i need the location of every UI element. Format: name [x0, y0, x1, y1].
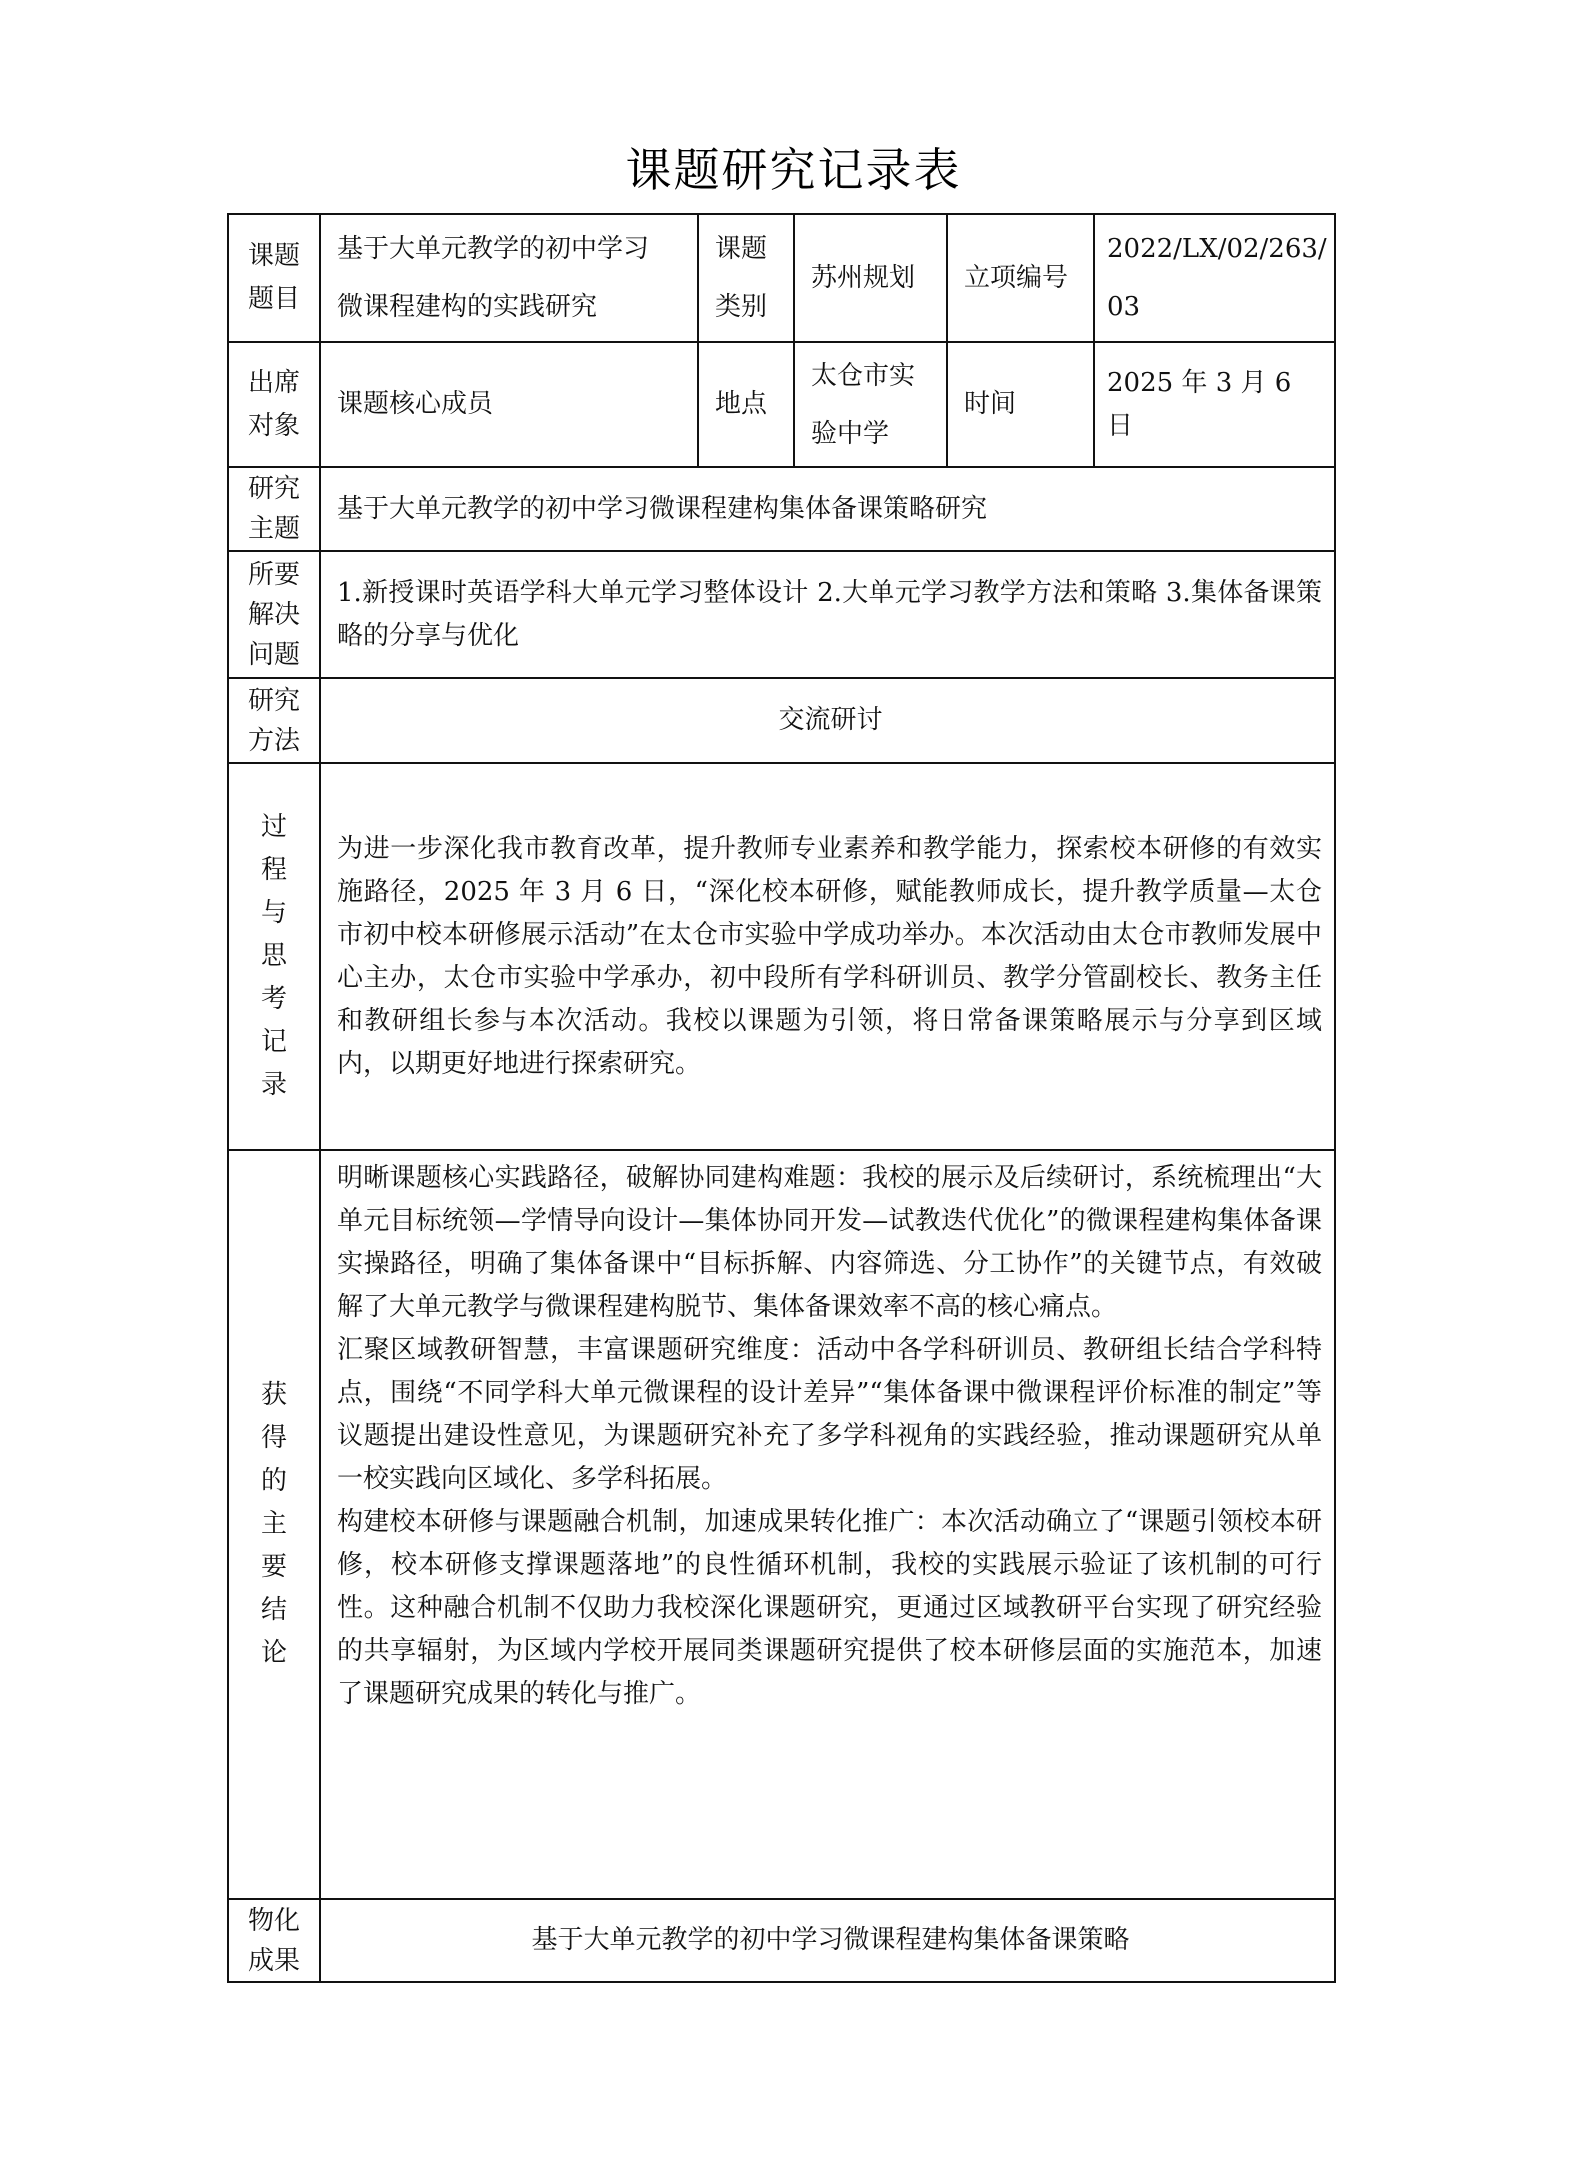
row-topic: 课题 题目 基于大单元教学的初中学习 微课程建构的实践研究 课题 类别 苏州规划… [228, 214, 1335, 342]
conclusion-paragraph-1: 明晰课题核心实践路径，破解协同建构难题：我校的展示及后续研讨，系统梳理出“大单元… [337, 1157, 1322, 1329]
conclusion-label-char: 获 [229, 1374, 319, 1417]
method-value: 交流研讨 [320, 678, 1335, 763]
problems-value: 1.新授课时英语学科大单元学习整体设计 2.大单元学习教学方法和策略 3.集体备… [320, 551, 1335, 678]
conclusion-paragraph-3: 构建校本研修与课题融合机制，加速成果转化推广：本次活动确立了“课题引领校本研修，… [337, 1501, 1322, 1716]
problems-label-line-3: 问题 [229, 635, 319, 675]
outcome-label: 物化 成果 [228, 1899, 320, 1982]
process-label: 过 程 与 思 考 记 录 [228, 763, 320, 1150]
problems-label: 所要 解决 问题 [228, 551, 320, 678]
topic-value-line-2: 微课程建构的实践研究 [337, 278, 687, 336]
attendees-label-line-1: 出席 [229, 362, 319, 405]
category-label-line-1: 课题 [715, 220, 783, 278]
conclusion-paragraph-2: 汇聚区域教研智慧，丰富课题研究维度：活动中各学科研训员、教研组长结合学科特点，围… [337, 1329, 1322, 1501]
category-label-line-2: 类别 [715, 278, 783, 336]
conclusion-value: 明晰课题核心实践路径，破解协同建构难题：我校的展示及后续研讨，系统梳理出“大单元… [320, 1150, 1335, 1899]
conclusion-label-char: 要 [229, 1546, 319, 1589]
conclusion-label-char: 的 [229, 1460, 319, 1503]
outcome-label-line-1: 物化 [229, 1901, 319, 1941]
project-number-line-1: 2022/LX/02/263/ [1107, 220, 1324, 278]
conclusion-label: 获 得 的 主 要 结 论 [228, 1150, 320, 1899]
row-problems: 所要 解决 问题 1.新授课时英语学科大单元学习整体设计 2.大单元学习教学方法… [228, 551, 1335, 678]
theme-label-line-2: 主题 [229, 509, 319, 549]
location-label: 地点 [698, 342, 794, 467]
row-conclusions: 获 得 的 主 要 结 论 明晰课题核心实践路径，破解协同建构难题：我校的展示及… [228, 1150, 1335, 1899]
time-label: 时间 [947, 342, 1094, 467]
project-number-value: 2022/LX/02/263/ 03 [1094, 214, 1335, 342]
problems-label-line-1: 所要 [229, 555, 319, 595]
topic-value: 基于大单元教学的初中学习 微课程建构的实践研究 [320, 214, 698, 342]
outcome-value: 基于大单元教学的初中学习微课程建构集体备课策略 [320, 1899, 1335, 1982]
process-label-char: 程 [229, 849, 319, 892]
topic-label: 课题 题目 [228, 214, 320, 342]
conclusion-label-char: 得 [229, 1417, 319, 1460]
attendees-label: 出席 对象 [228, 342, 320, 467]
topic-value-line-1: 基于大单元教学的初中学习 [337, 220, 687, 278]
process-label-char: 录 [229, 1064, 319, 1107]
method-label-line-2: 方法 [229, 721, 319, 761]
time-value: 2025 年 3 月 6 日 [1094, 342, 1335, 467]
research-record-table: 课题 题目 基于大单元教学的初中学习 微课程建构的实践研究 课题 类别 苏州规划… [227, 213, 1336, 1983]
outcome-label-line-2: 成果 [229, 1941, 319, 1981]
process-label-char: 思 [229, 935, 319, 978]
theme-label-line-1: 研究 [229, 469, 319, 509]
process-label-char: 与 [229, 892, 319, 935]
topic-label-line-1: 课题 [229, 235, 319, 278]
theme-value: 基于大单元教学的初中学习微课程建构集体备课策略研究 [320, 467, 1335, 551]
row-attendees: 出席 对象 课题核心成员 地点 太仓市实 验中学 时间 2025 年 3 月 6… [228, 342, 1335, 467]
theme-label: 研究 主题 [228, 467, 320, 551]
process-value: 为进一步深化我市教育改革，提升教师专业素养和教学能力，探索校本研修的有效实施路径… [320, 763, 1335, 1150]
row-theme: 研究 主题 基于大单元教学的初中学习微课程建构集体备课策略研究 [228, 467, 1335, 551]
category-label: 课题 类别 [698, 214, 794, 342]
process-label-char: 记 [229, 1021, 319, 1064]
category-value: 苏州规划 [794, 214, 947, 342]
method-label-line-1: 研究 [229, 681, 319, 721]
project-number-line-2: 03 [1107, 278, 1324, 336]
row-method: 研究 方法 交流研讨 [228, 678, 1335, 763]
conclusion-label-char: 主 [229, 1503, 319, 1546]
conclusion-label-char: 论 [229, 1632, 319, 1675]
row-process: 过 程 与 思 考 记 录 为进一步深化我市教育改革，提升教师专业素养和教学能力… [228, 763, 1335, 1150]
topic-label-line-2: 题目 [229, 278, 319, 321]
document-title: 课题研究记录表 [0, 140, 1587, 200]
process-label-char: 过 [229, 806, 319, 849]
process-label-char: 考 [229, 978, 319, 1021]
method-label: 研究 方法 [228, 678, 320, 763]
attendees-label-line-2: 对象 [229, 405, 319, 448]
conclusion-label-char: 结 [229, 1589, 319, 1632]
project-number-label: 立项编号 [947, 214, 1094, 342]
location-value-line-2: 验中学 [811, 405, 936, 463]
location-value-line-1: 太仓市实 [811, 347, 936, 405]
problems-label-line-2: 解决 [229, 595, 319, 635]
location-value: 太仓市实 验中学 [794, 342, 947, 467]
attendees-value: 课题核心成员 [320, 342, 698, 467]
row-outcome: 物化 成果 基于大单元教学的初中学习微课程建构集体备课策略 [228, 1899, 1335, 1982]
